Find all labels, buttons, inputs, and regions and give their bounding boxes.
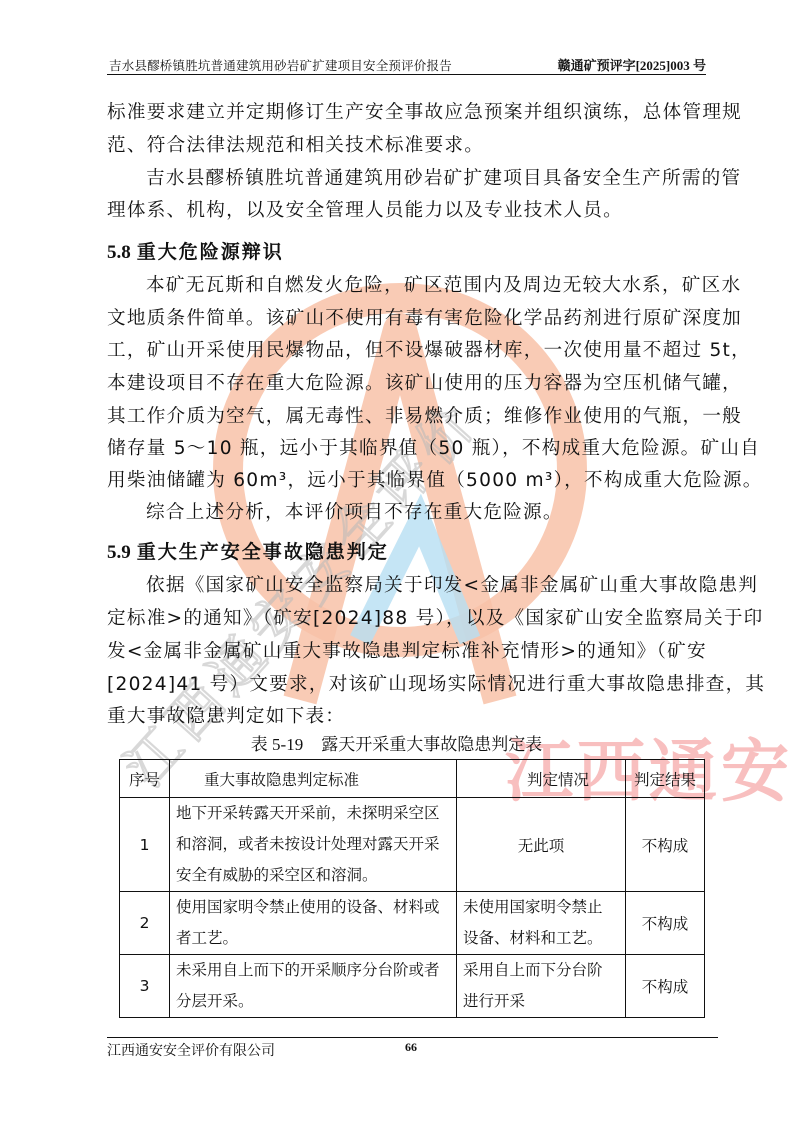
cell-no: 2 xyxy=(120,892,170,955)
cell-no: 3 xyxy=(120,955,170,1018)
cell-no: 1 xyxy=(120,798,170,892)
paragraph-line: 本建设项目不存在重大危险源。该矿山使用的压力容器为空压机储气罐， xyxy=(107,372,707,396)
section-title: 重大危险源辩识 xyxy=(137,241,284,263)
paragraph-line: 定标准>的通知》（矿安[2024]88 号），以及《国家矿山安全监察局关于印 xyxy=(107,607,707,631)
cell-line: 使用国家明令禁止使用的设备、材料或 xyxy=(176,892,450,923)
paragraph-line: 其工作介质为空气，属无毒性、非易燃介质；维修作业使用的气瓶，一般 xyxy=(107,405,707,429)
cell-situation: 无此项 xyxy=(457,798,626,892)
cell-line: 设备、材料和工艺。 xyxy=(463,923,619,954)
page-header: 吉水县醪桥镇胜坑普通建筑用砂岩矿扩建项目安全预评价报告 赣通矿预评字[2025]… xyxy=(107,56,706,75)
section-number: 5.8 xyxy=(107,242,131,263)
paragraph-line: 依据《国家矿山安全监察局关于印发<金属非金属矿山重大事故隐患判 xyxy=(107,574,746,598)
column-header-result: 判定结果 xyxy=(626,760,705,798)
cell-line: 安全有威胁的采空区和溶洞。 xyxy=(176,860,450,891)
table-header-row: 序号 重大事故隐患判定标准 判定情况 判定结果 xyxy=(120,760,705,798)
cell-line: 者工艺。 xyxy=(176,923,450,954)
cell-line: 未使用国家明令禁止 xyxy=(463,892,619,923)
cell-line: 无此项 xyxy=(463,834,619,856)
section-heading-5-9: 5.9重大生产安全事故隐患判定 xyxy=(107,540,389,565)
paragraph-line: 储存量 5～10 瓶，远小于其临界值（50 瓶），不构成重大危险源。矿山自 xyxy=(107,437,707,461)
cell-criterion: 未采用自上而下的开采顺序分台阶或者 分层开采。 xyxy=(170,955,457,1018)
cell-result: 不构成 xyxy=(626,892,705,955)
column-header-criterion: 重大事故隐患判定标准 xyxy=(170,760,457,798)
hazard-determination-table: 序号 重大事故隐患判定标准 判定情况 判定结果 1 地下开采转露天开采前，未探明… xyxy=(119,759,705,1018)
cell-line: 进行开采 xyxy=(463,986,619,1017)
report-title: 吉水县醪桥镇胜坑普通建筑用砂岩矿扩建项目安全预评价报告 xyxy=(109,56,452,74)
paragraph-line: 工，矿山开采使用民爆物品，但不设爆破器材库，一次使用量不超过 5t， xyxy=(107,339,707,363)
cell-line: 分层开采。 xyxy=(176,986,450,1017)
cell-result: 不构成 xyxy=(626,798,705,892)
cell-situation: 未使用国家明令禁止 设备、材料和工艺。 xyxy=(457,892,626,955)
page-footer: 江西通安安全评价有限公司 66 xyxy=(107,1037,718,1058)
paragraph-line: 用柴油储罐为 60m³，远小于其临界值（5000 m³），不构成重大危险源。 xyxy=(107,469,707,493)
table-row: 2 使用国家明令禁止使用的设备、材料或 者工艺。 未使用国家明令禁止 设备、材料… xyxy=(120,892,705,955)
paragraph-line: 重大事故隐患判定如下表： xyxy=(107,705,707,729)
paragraph-line: 本矿无瓦斯和自燃发火危险，矿区范围内及周边无较大水系，矿区水 xyxy=(107,274,746,298)
company-name: 江西通安安全评价有限公司 xyxy=(107,1040,275,1060)
cell-situation: 采用自上而下分台阶 进行开采 xyxy=(457,955,626,1018)
paragraph-line: [2024]41 号）文要求，对该矿山现场实际情况进行重大事故隐患排查，其 xyxy=(107,673,707,697)
paragraph-line: 文地质条件简单。该矿山不使用有毒有害危险化学品药剂进行原矿深度加 xyxy=(107,307,707,331)
paragraph-line: 综合上述分析，本评价项目不存在重大危险源。 xyxy=(107,501,746,525)
paragraph-line: 范、符合法律法规范和相关技术标准要求。 xyxy=(107,134,707,158)
table-number: 表 5-19 xyxy=(251,735,303,754)
cell-line: 采用自上而下分台阶 xyxy=(463,955,619,986)
cell-line: 和溶洞，或者未按设计处理对露天开采 xyxy=(176,829,450,860)
table-caption: 表 5-19露天开采重大事故隐患判定表 xyxy=(0,734,793,756)
cell-criterion: 使用国家明令禁止使用的设备、材料或 者工艺。 xyxy=(170,892,457,955)
paragraph-line: 发<金属非金属矿山重大事故隐患判定标准补充情形>的通知》（矿安 xyxy=(107,640,707,664)
section-title: 重大生产安全事故隐患判定 xyxy=(137,541,389,563)
paragraph-line: 理体系、机构，以及安全管理人员能力以及专业技术人员。 xyxy=(107,199,707,223)
document-page: 江西通安安全评价 江西通安 吉水县醪桥镇胜坑普通建筑用砂岩矿扩建项目安全预评价报… xyxy=(0,0,793,1122)
table-row: 1 地下开采转露天开采前，未探明采空区 和溶洞，或者未按设计处理对露天开采 安全… xyxy=(120,798,705,892)
column-header-no: 序号 xyxy=(120,760,170,798)
paragraph-line: 标准要求建立并定期修订生产安全事故应急预案并组织演练，总体管理规 xyxy=(107,101,707,125)
cell-line: 地下开采转露天开采前，未探明采空区 xyxy=(176,798,450,829)
column-header-situation: 判定情况 xyxy=(457,760,626,798)
cell-result: 不构成 xyxy=(626,955,705,1018)
table-row: 3 未采用自上而下的开采顺序分台阶或者 分层开采。 采用自上而下分台阶 进行开采… xyxy=(120,955,705,1018)
document-number: 赣通矿预评字[2025]003 号 xyxy=(558,55,706,74)
table-title: 露天开采重大事故隐患判定表 xyxy=(321,735,542,755)
cell-line: 未采用自上而下的开采顺序分台阶或者 xyxy=(176,955,450,986)
paragraph-line: 吉水县醪桥镇胜坑普通建筑用砂岩矿扩建项目具备安全生产所需的管 xyxy=(107,167,746,191)
section-heading-5-8: 5.8重大危险源辩识 xyxy=(107,240,284,265)
section-number: 5.9 xyxy=(107,542,131,563)
page-number: 66 xyxy=(405,1040,417,1055)
cell-criterion: 地下开采转露天开采前，未探明采空区 和溶洞，或者未按设计处理对露天开采 安全有威… xyxy=(170,798,457,892)
